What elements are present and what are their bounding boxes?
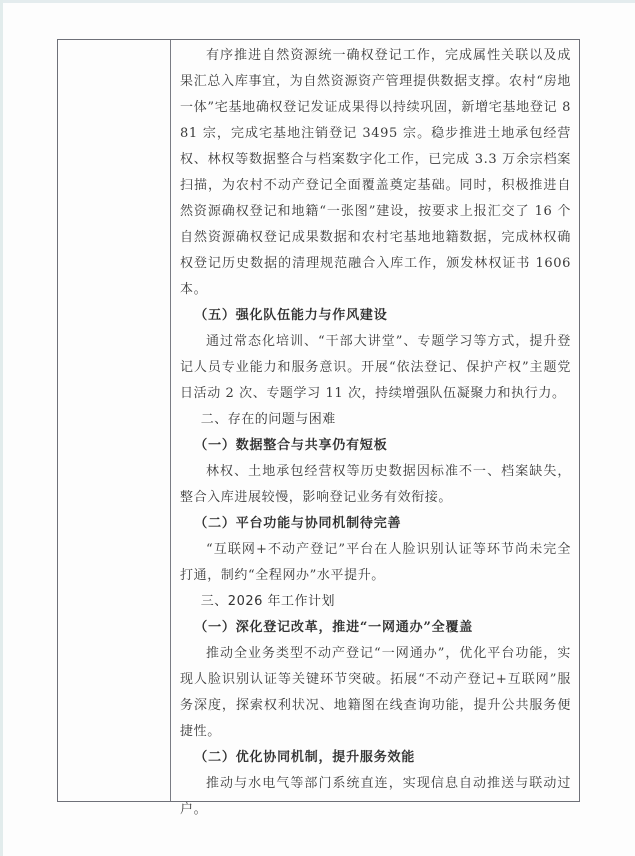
paragraph-natural-resources: 有序推进自然资源统一确权登记工作，完成属性关联以及成果汇总入库事宜，为自然资源资… — [180, 43, 571, 303]
document-table: 有序推进自然资源统一确权登记工作，完成属性关联以及成果汇总入库事宜，为自然资源资… — [57, 39, 580, 802]
scan-edge-top — [0, 0, 635, 3]
heading-problems: 二、存在的问题与困难 — [180, 407, 571, 433]
paragraph-data-integration: 林权、土地承包经营权等历史数据因标准不一、档案缺失，整合入库进展较慢，影响登记业… — [180, 459, 571, 511]
subheading-coordination: （二）优化协同机制，提升服务效能 — [180, 745, 571, 771]
paragraph-reform: 推动全业务类型不动产登记“一网通办”，优化平台功能，实现人脸识别认证等关键环节突… — [180, 641, 571, 745]
heading-work-plan: 三、2026 年工作计划 — [180, 589, 571, 615]
table-content-column: 有序推进自然资源统一确权登记工作，完成属性关联以及成果汇总入库事宜，为自然资源资… — [171, 40, 579, 801]
paragraph-team-building: 通过常态化培训、“干部大讲堂”、专题学习等方式，提升登记人员专业能力和服务意识。… — [180, 329, 571, 407]
scan-edge-left — [0, 0, 3, 856]
subheading-reform: （一）深化登记改革，推进“一网通办”全覆盖 — [180, 615, 571, 641]
paragraph-platform: “互联网+不动产登记”平台在人脸识别认证等环节尚未完全打通，制约“全程网办”水平… — [180, 537, 571, 589]
subheading-data-integration: （一）数据整合与共享仍有短板 — [180, 433, 571, 459]
table-left-column — [58, 40, 171, 801]
subheading-platform: （二）平台功能与协同机制待完善 — [180, 511, 571, 537]
subheading-team-building: （五）强化队伍能力与作风建设 — [180, 303, 571, 329]
paragraph-coordination: 推动与水电气等部门系统直连，实现信息自动推送与联动过户。 — [180, 771, 571, 823]
